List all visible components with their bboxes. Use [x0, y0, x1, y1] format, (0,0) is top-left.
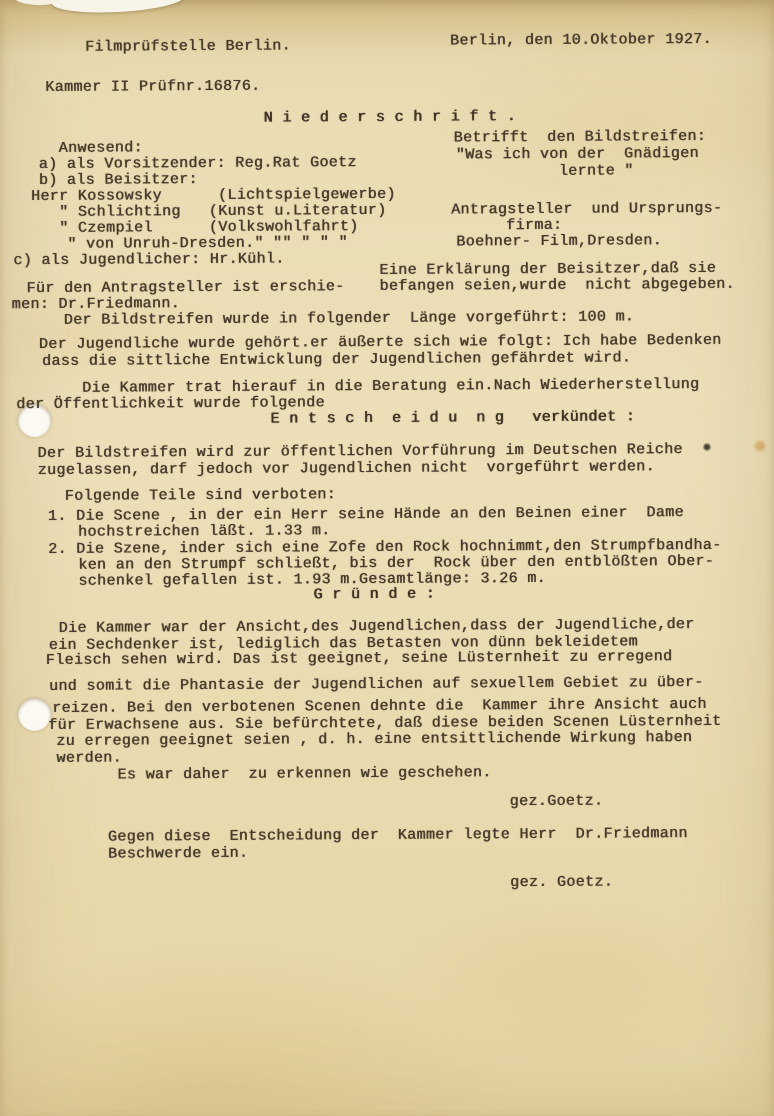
grounds-line4: und somit die Phantasie der Jugendlichen… [49, 675, 704, 695]
date-line: Berlin, den 10.Oktober 1927. [450, 32, 712, 50]
signature-goetz-2: gez. Goetz. [510, 875, 613, 892]
forbidden-item1-line2: hochstreichen läßt. 1.33 m. [78, 523, 331, 541]
forbidden-item2-line3: schenkel gefallen ist. 1.93 m.Gesamtläng… [78, 571, 546, 590]
film-title-line2: lernte " [559, 163, 634, 179]
youth-rep-line: c) als Jugendlicher: Hr.Kühl. [13, 252, 284, 270]
youth-statement-line2: dass die sittliche Entwicklung der Jugen… [42, 350, 631, 370]
scanned-document-page: Filmprüfstelle Berlin. Berlin, den 10.Ok… [0, 0, 774, 1116]
subject-label: Betrifft den Bildstreifen: [454, 129, 707, 147]
closing-line: Es war daher zu erkennen wie geschehen. [117, 765, 491, 783]
applicant-label-line2: firma: [506, 218, 562, 234]
forbidden-item1-line1: 1. Die Scene , in der ein Herr seine Hän… [48, 505, 684, 525]
grounds-line7: zu erregen geeignet seien , d. h. eine e… [56, 730, 692, 750]
grounds-heading: G r ü n d e : [313, 587, 435, 604]
deliberation-line1: Die Kammer trat hierauf in die Beratung … [82, 377, 699, 397]
decision-heading: E n t s c h e i d u n g verkündet : [270, 409, 635, 427]
document-title: N i e d e r s c h r i f t . [263, 109, 516, 127]
appeal-line1: Gegen diese Entscheidung der Kammer legt… [108, 826, 688, 846]
applicant-label-line1: Antragsteller und Ursprungs- [451, 201, 722, 219]
film-title-line1: "Was ich von der Gnädigen [456, 146, 699, 163]
decision-line2: zugelassen, darf jedoch vor Jugendlichen… [38, 459, 655, 479]
signature-goetz-1: gez.Goetz. [510, 794, 604, 811]
applicant-appeared-line1: Für den Antragsteller ist erschie- [26, 279, 344, 297]
office-name: Filmprüfstelle Berlin. [85, 38, 291, 55]
grounds-line3: Fleisch sehen wird. Das ist geeignet, se… [46, 649, 673, 669]
grounds-line8: werden. [56, 751, 122, 767]
attendees-heading: Anwesend: [59, 140, 143, 157]
applicant-name: Boehner- Film,Dresden. [456, 233, 662, 250]
typed-text-layer: Filmprüfstelle Berlin. Berlin, den 10.Ok… [0, 0, 774, 1116]
screening-length-line: Der Bildstreifen wurde in folgender Läng… [64, 309, 635, 328]
declaration-line2: befangen seien,wurde nicht abgegeben. [379, 277, 734, 295]
file-number: Kammer II Prüfnr.16876. [45, 79, 260, 96]
forbidden-heading: Folgende Teile sind verboten: [65, 487, 336, 505]
appeal-line2: Beschwerde ein. [108, 846, 248, 863]
